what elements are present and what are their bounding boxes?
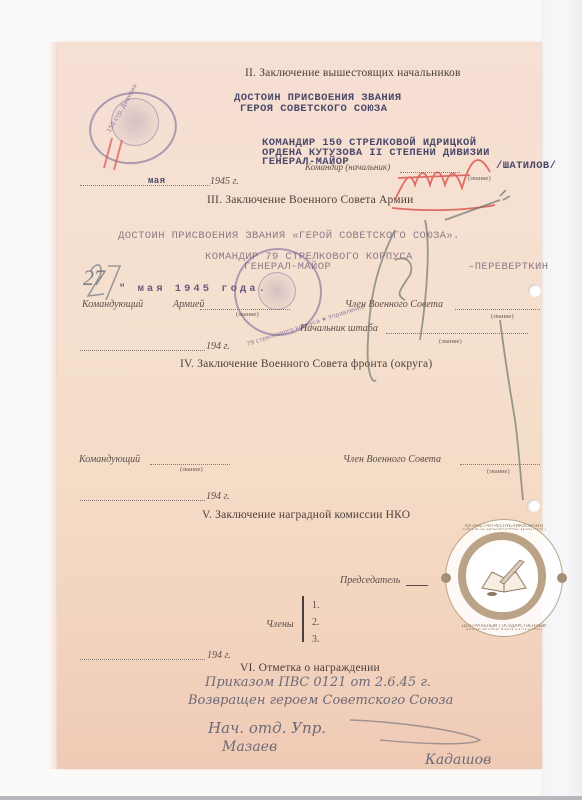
red-pencil-mark-left <box>104 138 122 170</box>
graphite-pencil-signature <box>368 190 523 500</box>
archive-seal-core <box>470 544 538 612</box>
red-pencil-signature <box>392 160 495 210</box>
open-book-quill-icon <box>470 544 538 612</box>
graphite-date-mark <box>88 265 120 300</box>
archive-seal-top-text: ҚАЗАҚСТАН РЕСПУБЛИКАСЫНЫҢ ОРТАЛЫҚ МЕМЛЕК… <box>454 524 554 530</box>
archive-seal: ҚАЗАҚСТАН РЕСПУБЛИКАСЫНЫҢ ОРТАЛЫҚ МЕМЛЕК… <box>445 519 563 637</box>
archive-seal-right-ornament <box>557 573 567 583</box>
archive-seal-left-ornament <box>441 573 451 583</box>
archive-seal-bottom-text: ЦЕНТРАЛЬНЫЙ ГОСУДАРСТВЕННЫЙ АРХИВ РЕСПУБ… <box>454 624 554 630</box>
pencil-annotations-layer <box>0 0 582 800</box>
graphite-underline <box>350 720 480 744</box>
